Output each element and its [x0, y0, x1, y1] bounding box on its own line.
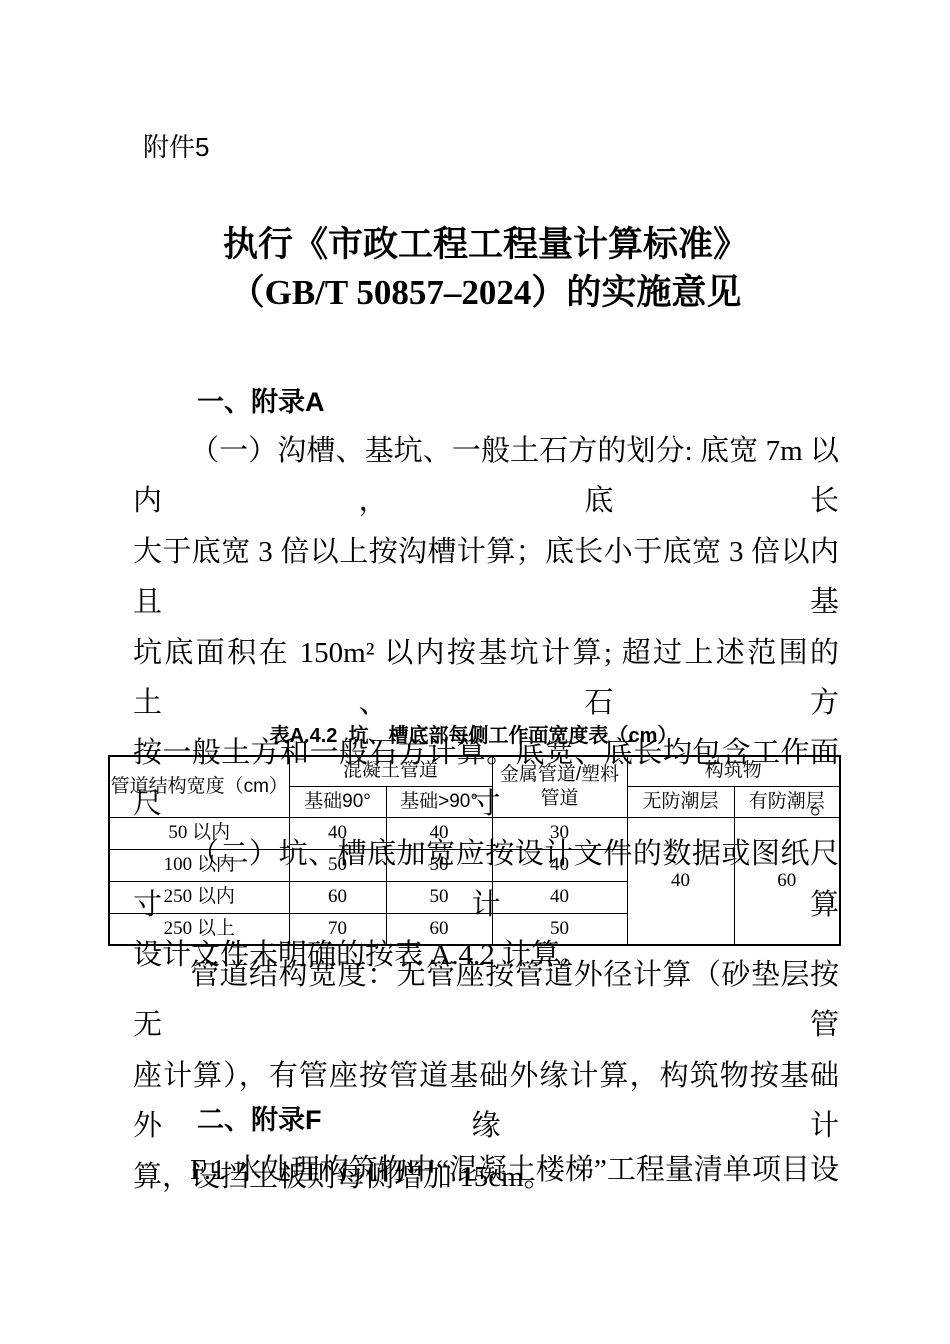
table-cell: 50	[386, 849, 492, 881]
table-cell: 50 以内	[109, 817, 289, 849]
table-header-concrete-pipe: 混凝土管道	[289, 756, 492, 786]
table-cell: 30	[492, 817, 627, 849]
table-cell: 250 以内	[109, 881, 289, 913]
table-cell: 100 以内	[109, 849, 289, 881]
body-line: 大于底宽 3 倍以上按沟槽计算；底长小于底宽 3 倍以内且基	[133, 527, 839, 628]
table-cell-structure-no-damp: 40	[627, 817, 734, 945]
table-cell: 40	[289, 817, 386, 849]
table-cell: 40	[386, 817, 492, 849]
table-cell: 250 以上	[109, 913, 289, 945]
table-cell: 50	[492, 913, 627, 945]
table-cell: 50	[386, 881, 492, 913]
table-header-base-90: 基础90°	[289, 786, 386, 817]
table-header-metal-plastic-pipe: 金属管道/塑料管道	[492, 756, 627, 817]
table-cell: 60	[289, 881, 386, 913]
table-cell-structure-damp: 60	[734, 817, 840, 945]
table-header-pipe-width: 管道结构宽度（cm）	[109, 756, 289, 817]
document-page: 附件5 执行《市政工程工程量计算标准》 （GB/T 50857–2024）的实施…	[0, 0, 950, 1344]
table-caption: 表A.4.2 坑、槽底部每侧工作面宽度表（cm）	[108, 723, 839, 749]
table-header-base-gt90: 基础>90°	[386, 786, 492, 817]
table-header-no-dampproof: 无防潮层	[627, 786, 734, 817]
table-header-structure: 构筑物	[627, 756, 840, 786]
body-line: F.1 水处理构筑物中“混凝土楼梯”工程量清单项目设	[133, 1145, 839, 1195]
workface-width-table: 管道结构宽度（cm） 混凝土管道 金属管道/塑料管道 构筑物 基础90° 基础>…	[108, 755, 841, 946]
table-cell: 40	[492, 849, 627, 881]
table-cell: 70	[289, 913, 386, 945]
table-cell: 60	[386, 913, 492, 945]
appendix-f-body: F.1 水处理构筑物中“混凝土楼梯”工程量清单项目设	[133, 1145, 839, 1195]
body-line: （一）沟槽、基坑、一般土石方的划分: 底宽 7m 以内，底长	[133, 426, 839, 527]
section-heading-appendix-a: 一、附录A	[197, 387, 325, 417]
note-line: 座计算），有管座按管道基础外缘计算，构筑物按基础外缘计	[133, 1051, 839, 1152]
document-title-line1: 执行《市政工程工程量计算标准》	[123, 221, 848, 269]
note-line: 管道结构宽度：无管座按管道外径计算（砂垫层按无管	[133, 950, 839, 1051]
document-title-line2: （GB/T 50857–2024）的实施意见	[123, 269, 848, 317]
table-cell: 50	[289, 849, 386, 881]
document-title: 执行《市政工程工程量计算标准》 （GB/T 50857–2024）的实施意见	[123, 221, 848, 317]
section-heading-appendix-f: 二、附录F	[197, 1105, 322, 1135]
table-header-dampproof: 有防潮层	[734, 786, 840, 817]
table-cell: 40	[492, 881, 627, 913]
attachment-label: 附件5	[143, 131, 209, 163]
body-line: 坑底面积在 150m² 以内按基坑计算; 超过上述范围的土、石方	[133, 628, 839, 729]
table-row: 50 以内 40 40 30 40 60	[109, 817, 840, 849]
